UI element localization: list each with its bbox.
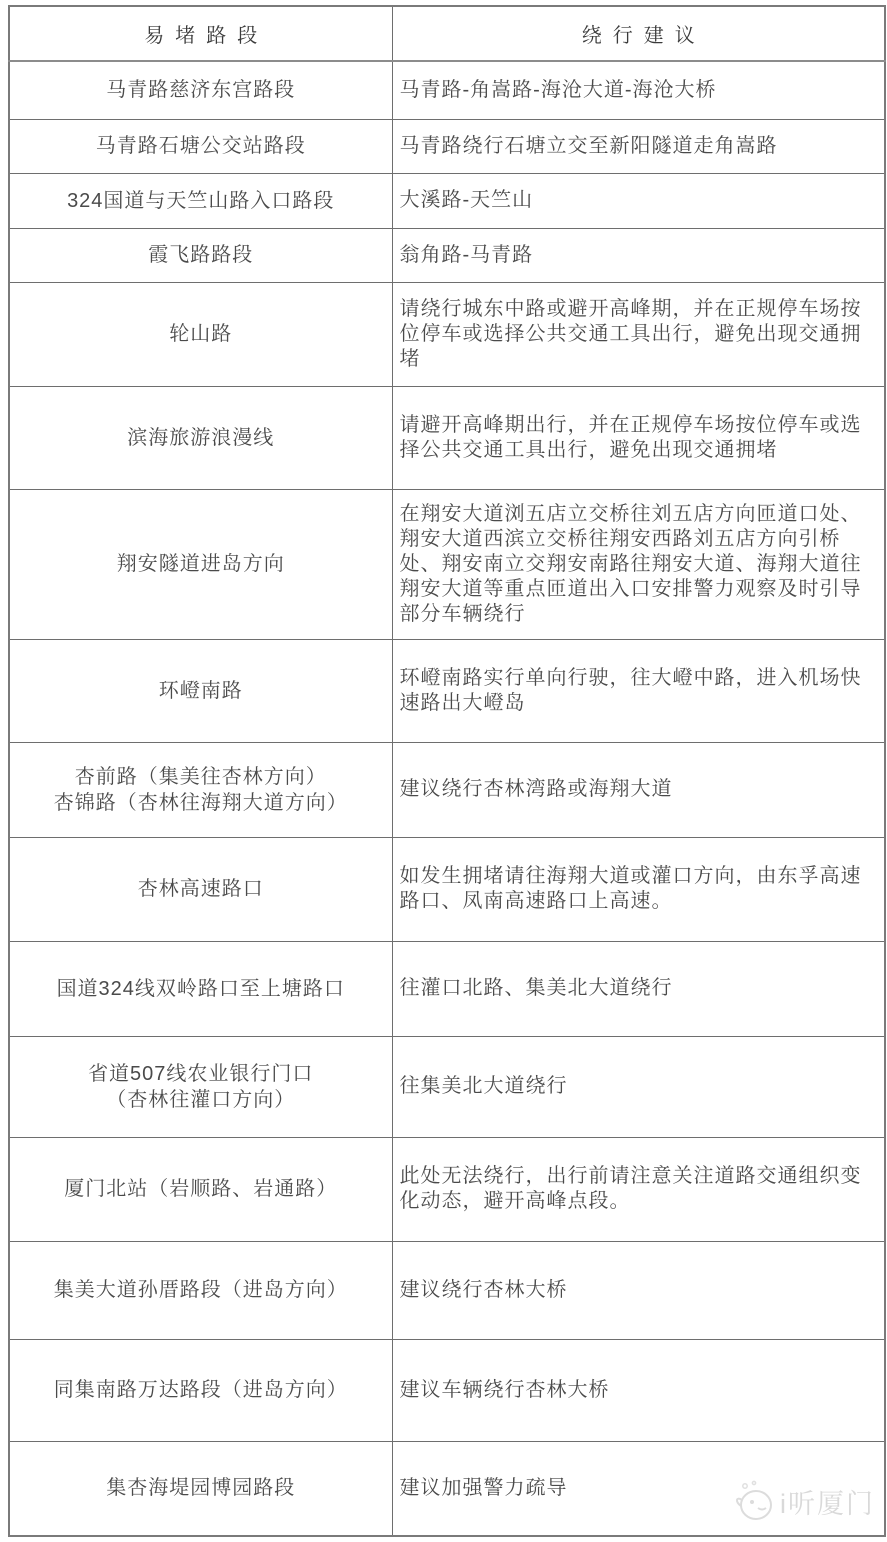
road-cell: 国道324线双岭路口至上塘路口	[9, 941, 392, 1036]
road-cell: 省道507线农业银行门口 （杏林往灌口方向）	[9, 1036, 392, 1137]
advice-cell: 马青路绕行石塘立交至新阳隧道走角嵩路	[392, 119, 885, 173]
road-cell: 厦门北站（岩顺路、岩通路）	[9, 1137, 392, 1241]
table-row: 厦门北站（岩顺路、岩通路） 此处无法绕行，出行前请注意关注道路交通组织变化动态，…	[9, 1137, 885, 1241]
advice-cell: 请绕行城东中路或避开高峰期，并在正规停车场按位停车或选择公共交通工具出行，避免出…	[392, 282, 885, 386]
road-cell: 轮山路	[9, 282, 392, 386]
road-cell: 滨海旅游浪漫线	[9, 386, 392, 489]
advice-cell: 翁角路-马青路	[392, 228, 885, 282]
watermark: i听厦门	[732, 1478, 875, 1524]
road-cell: 324国道与天竺山路入口路段	[9, 173, 392, 228]
table-row: 霞飞路路段 翁角路-马青路	[9, 228, 885, 282]
table-row: 国道324线双岭路口至上塘路口 往灌口北路、集美北大道绕行	[9, 941, 885, 1036]
advice-cell: 往灌口北路、集美北大道绕行	[392, 941, 885, 1036]
table-row: 集美大道孙厝路段（进岛方向） 建议绕行杏林大桥	[9, 1241, 885, 1339]
table-row: 杏前路（集美往杏林方向） 杏锦路（杏林往海翔大道方向） 建议绕行杏林湾路或海翔大…	[9, 742, 885, 837]
advice-cell: 建议车辆绕行杏林大桥	[392, 1339, 885, 1441]
advice-cell: 大溪路-天竺山	[392, 173, 885, 228]
table-row: 马青路慈济东宫路段 马青路-角嵩路-海沧大道-海沧大桥	[9, 61, 885, 119]
road-cell: 马青路慈济东宫路段	[9, 61, 392, 119]
road-cell: 杏前路（集美往杏林方向） 杏锦路（杏林往海翔大道方向）	[9, 742, 392, 837]
table-row: 324国道与天竺山路入口路段 大溪路-天竺山	[9, 173, 885, 228]
table-row: 杏林高速路口 如发生拥堵请往海翔大道或灌口方向，由东孚高速路口、凤南高速路口上高…	[9, 837, 885, 941]
advice-cell: 马青路-角嵩路-海沧大道-海沧大桥	[392, 61, 885, 119]
table-row: 轮山路 请绕行城东中路或避开高峰期，并在正规停车场按位停车或选择公共交通工具出行…	[9, 282, 885, 386]
advice-cell: 建议绕行杏林湾路或海翔大道	[392, 742, 885, 837]
table-row: 滨海旅游浪漫线 请避开高峰期出行，并在正规停车场按位停车或选择公共交通工具出行，…	[9, 386, 885, 489]
advice-cell: 往集美北大道绕行	[392, 1036, 885, 1137]
advice-cell: 如发生拥堵请往海翔大道或灌口方向，由东孚高速路口、凤南高速路口上高速。	[392, 837, 885, 941]
table-row: 同集南路万达路段（进岛方向） 建议车辆绕行杏林大桥	[9, 1339, 885, 1441]
road-cell: 马青路石塘公交站路段	[9, 119, 392, 173]
mascot-icon	[732, 1478, 776, 1524]
header-cell-advice: 绕行建议	[392, 6, 885, 61]
road-cell: 翔安隧道进岛方向	[9, 489, 392, 639]
road-cell: 杏林高速路口	[9, 837, 392, 941]
advice-cell: 请避开高峰期出行，并在正规停车场按位停车或选择公共交通工具出行，避免出现交通拥堵	[392, 386, 885, 489]
road-cell: 集美大道孙厝路段（进岛方向）	[9, 1241, 392, 1339]
advice-cell: 在翔安大道浏五店立交桥往刘五店方向匝道口处、翔安大道西滨立交桥往翔安西路刘五店方…	[392, 489, 885, 639]
table-header-row: 易堵路段 绕行建议	[9, 6, 885, 61]
road-cell: 环嶝南路	[9, 639, 392, 742]
watermark-text: i听厦门	[780, 1482, 875, 1521]
table-row: 马青路石塘公交站路段 马青路绕行石塘立交至新阳隧道走角嵩路	[9, 119, 885, 173]
advice-cell: 此处无法绕行，出行前请注意关注道路交通组织变化动态，避开高峰点段。	[392, 1137, 885, 1241]
road-cell: 同集南路万达路段（进岛方向）	[9, 1339, 392, 1441]
table-row: 翔安隧道进岛方向 在翔安大道浏五店立交桥往刘五店方向匝道口处、翔安大道西滨立交桥…	[9, 489, 885, 639]
table-row: 环嶝南路 环嶝南路实行单向行驶，往大嶝中路，进入机场快速路出大嶝岛	[9, 639, 885, 742]
header-cell-road: 易堵路段	[9, 6, 392, 61]
road-cell: 霞飞路路段	[9, 228, 392, 282]
congestion-detour-table: 易堵路段 绕行建议 马青路慈济东宫路段 马青路-角嵩路-海沧大道-海沧大桥 马青…	[8, 5, 886, 1537]
advice-cell: 环嶝南路实行单向行驶，往大嶝中路，进入机场快速路出大嶝岛	[392, 639, 885, 742]
road-cell: 集杏海堤园博园路段	[9, 1441, 392, 1536]
advice-cell: 建议绕行杏林大桥	[392, 1241, 885, 1339]
table-row: 省道507线农业银行门口 （杏林往灌口方向） 往集美北大道绕行	[9, 1036, 885, 1137]
